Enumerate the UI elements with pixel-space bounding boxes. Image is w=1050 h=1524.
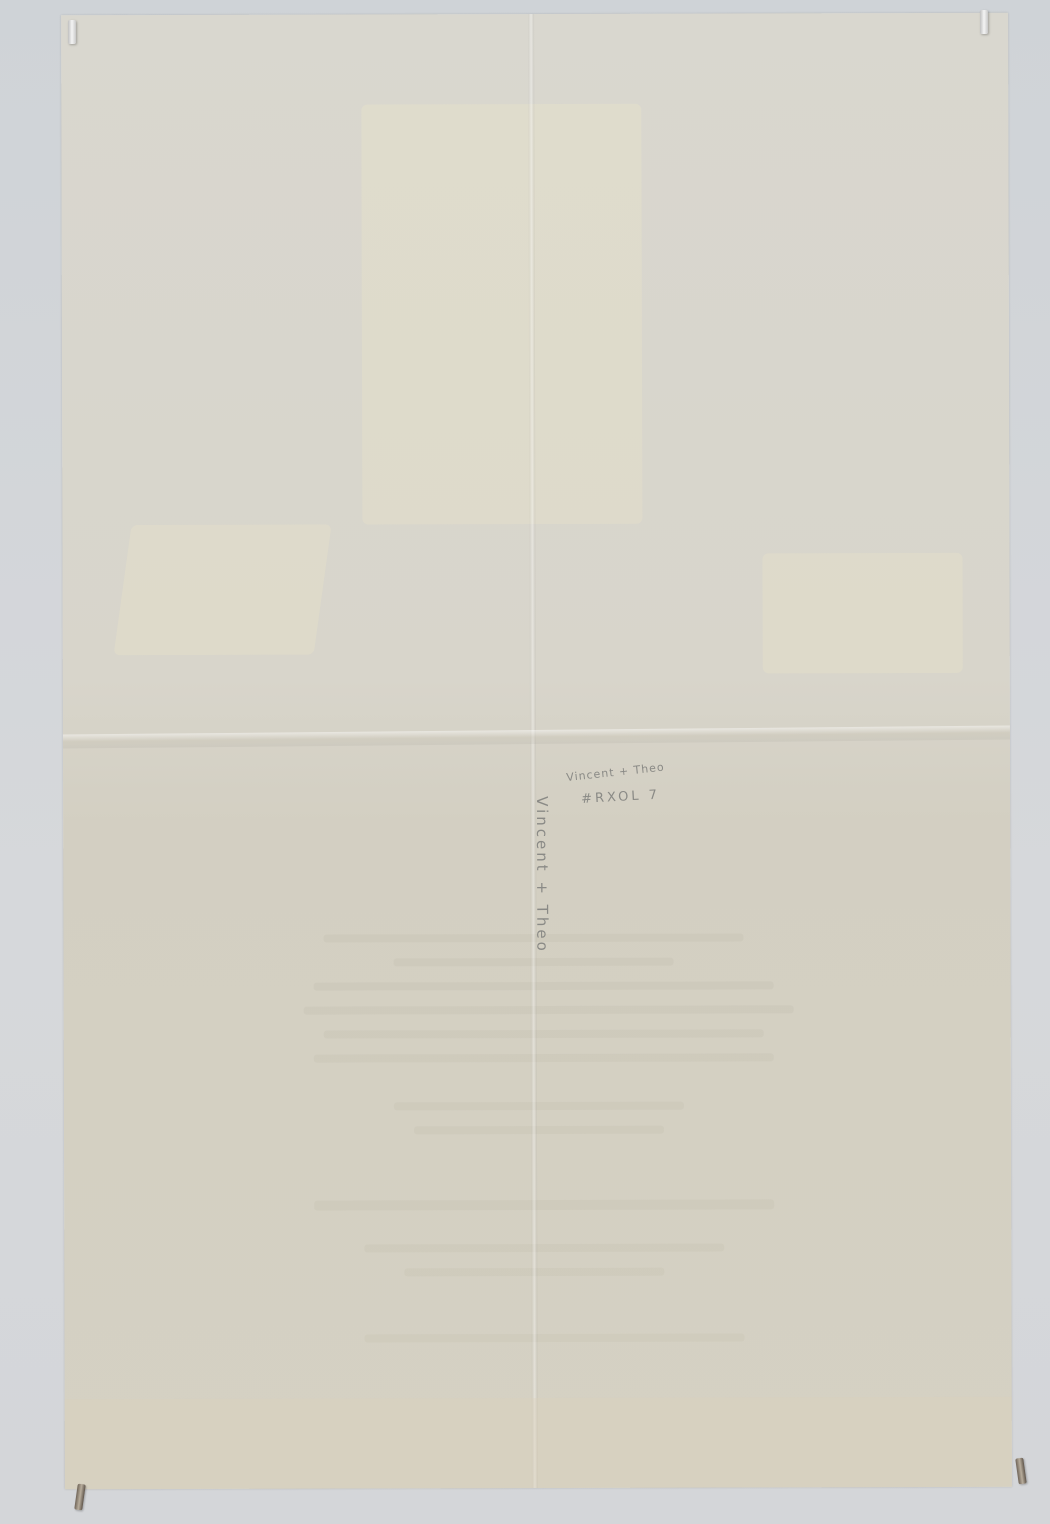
pin-top-left	[68, 20, 76, 44]
showthrough-text-line	[314, 981, 774, 990]
bottom-margin-band	[65, 1397, 1012, 1489]
showthrough-title	[361, 104, 642, 525]
handwritten-code-note: #RXOL 7	[581, 788, 661, 807]
showthrough-text-line	[394, 1102, 684, 1111]
handwritten-title-note: Vincent + Theo	[566, 761, 666, 785]
pin-top-right	[980, 10, 988, 34]
showthrough-text-line	[304, 1005, 794, 1014]
showthrough-image-left	[114, 525, 332, 656]
showthrough-text-line	[365, 1333, 745, 1342]
showthrough-text-line	[414, 1126, 664, 1135]
showthrough-text-line	[364, 1244, 724, 1253]
showthrough-image-right	[762, 553, 962, 674]
showthrough-text-line	[324, 1029, 764, 1038]
poster-back: Vincent + Theo #RXOL 7 Vincent + Theo	[61, 13, 1012, 1489]
handwritten-vertical-note: Vincent + Theo	[533, 796, 551, 954]
showthrough-text-line	[314, 1199, 774, 1210]
showthrough-text-line	[314, 1053, 774, 1062]
horizontal-fold-crease	[63, 725, 1010, 748]
